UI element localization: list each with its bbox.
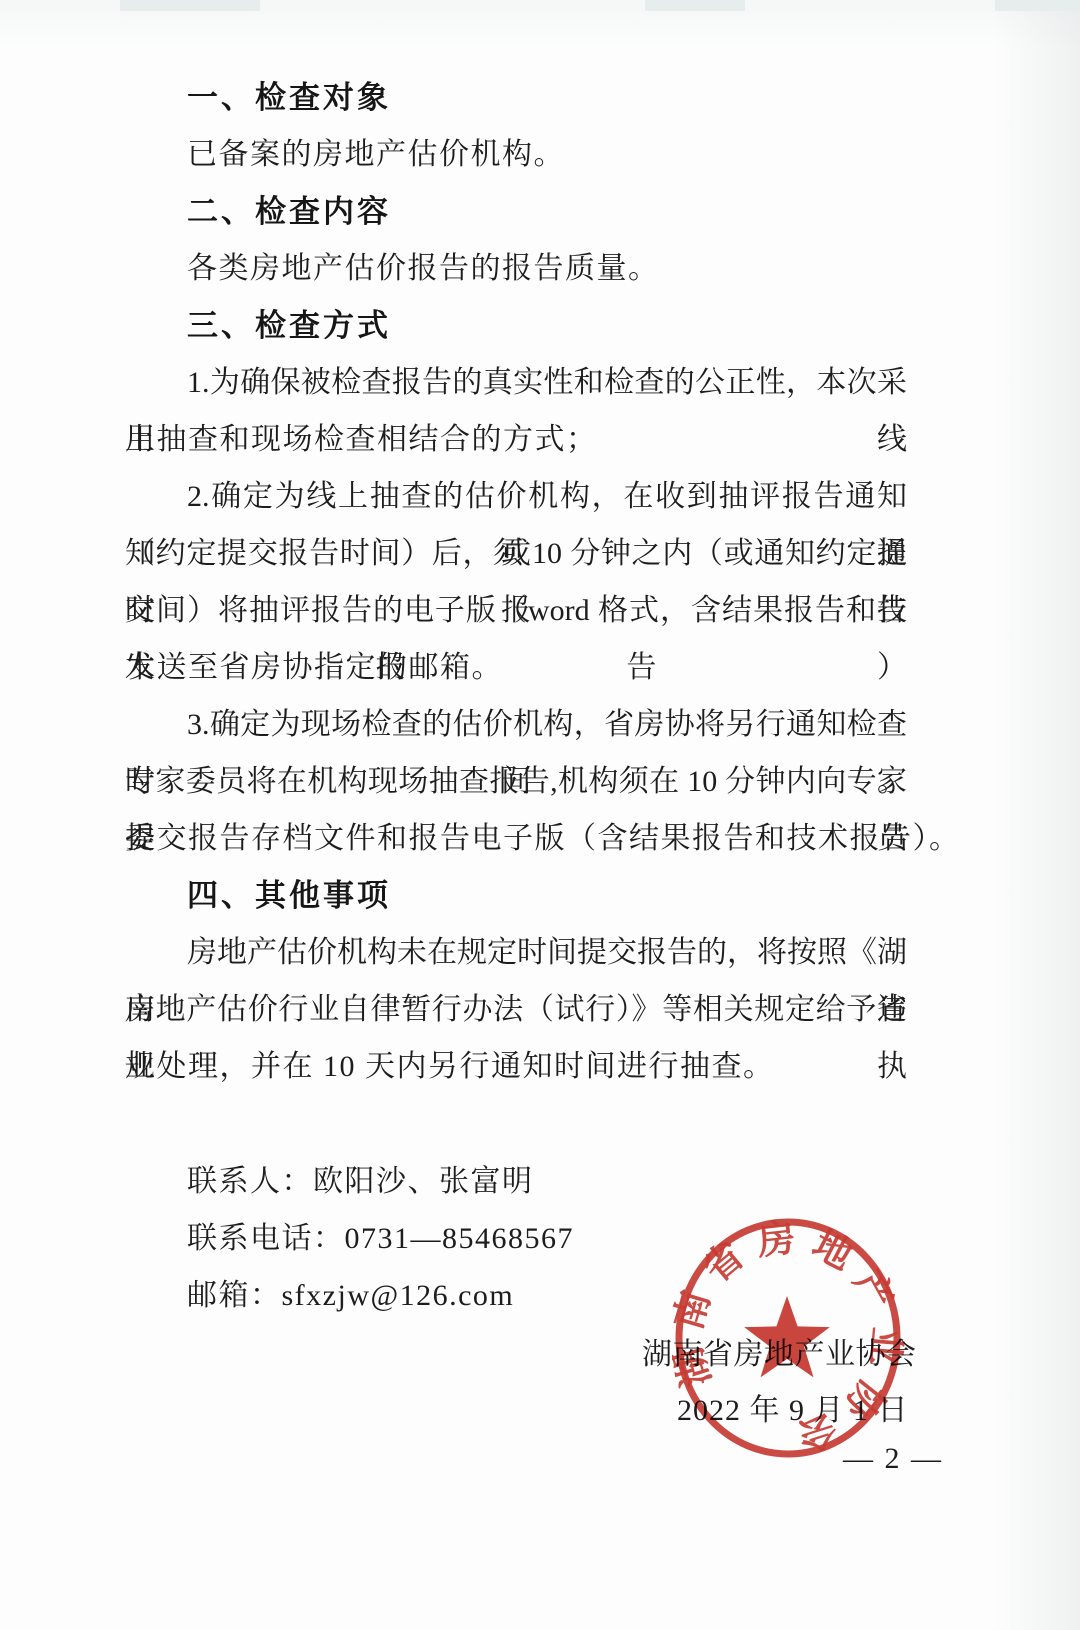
body-line: 房地产估价行业自律暂行办法（试行）》等相关规定给予违规执 (125, 981, 907, 1038)
body-line: 时间）将抽评报告的电子版（word 格式，含结果报告和技术报告） (125, 582, 907, 639)
contact-person: 联系人：欧阳沙、张富明 (125, 1153, 907, 1210)
body-line: 1.为确保被检查报告的真实性和检查的公正性，本次采用线 (125, 354, 907, 411)
body-line: 房地产估价机构未在规定时间提交报告的，将按照《湖南省 (125, 924, 907, 981)
star-icon (744, 1296, 830, 1377)
body-line: 各类房地产估价报告的报告质量。 (125, 240, 907, 297)
official-seal: 湖南省房地产业协会 (672, 1216, 908, 1464)
body-line: 已备案的房地产估价机构。 (125, 126, 907, 183)
section-heading-3: 三、检查方式 (125, 297, 907, 354)
body-line: 2.确定为线上抽查的估价机构，在收到抽评报告通知（或通 (125, 468, 907, 525)
section-heading-1: 一、检查对象 (125, 69, 907, 126)
section-heading-2: 二、检查内容 (125, 183, 907, 240)
section-heading-4: 四、其他事项 (125, 867, 907, 924)
body-line: 专家委员将在机构现场抽查报告,机构须在 10 分钟内向专家委员 (125, 753, 907, 810)
document-body: 一、检查对象 已备案的房地产估价机构。 二、检查内容 各类房地产估价报告的报告质… (125, 0, 907, 1324)
document-page: 一、检查对象 已备案的房地产估价机构。 二、检查内容 各类房地产估价报告的报告质… (0, 0, 1080, 1630)
scan-artifact (995, 0, 1080, 11)
body-line: 知约定提交报告时间）后，须 10 分钟之内（或通知约定提交报告 (125, 525, 907, 582)
body-line: 提交报告存档文件和报告电子版（含结果报告和技术报告）。 (125, 810, 907, 867)
body-line: 3.确定为现场检查的估价机构，省房协将另行通知检查时间。 (125, 696, 907, 753)
